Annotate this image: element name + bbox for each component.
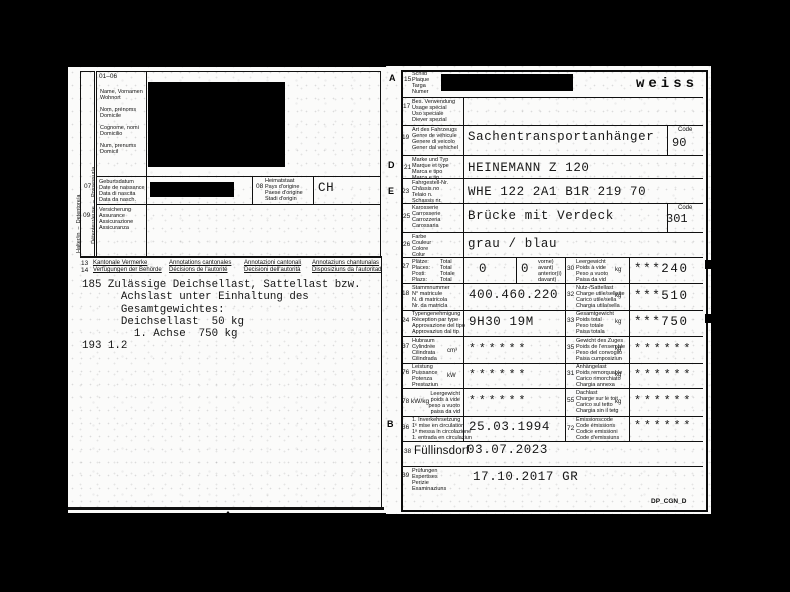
- total-weight-label: Gesamtgewicht Poids total Peso totale Pa…: [576, 311, 614, 335]
- row26-number: 26: [403, 241, 410, 248]
- row72-number: 72: [567, 425, 574, 432]
- cantonal-header-it-line1: Annotazioni cantonali: [244, 260, 301, 267]
- left-page-bottom-border: [68, 507, 384, 510]
- redacted-name-address-block: [148, 82, 285, 167]
- issue-date-value: 03.07.2023: [467, 443, 548, 457]
- cantonal-header-fr-line2: Décisions de l'autorité: [169, 267, 231, 274]
- left-page-registration-mark: [224, 511, 232, 516]
- seats-front-value: 0: [521, 262, 529, 276]
- plate-color-value: weiss: [636, 76, 698, 92]
- row32-number: 32: [567, 291, 574, 298]
- row55-number: 55: [567, 397, 574, 404]
- serial-number-label: Stammnummer N° matricule N. di matricola…: [412, 285, 450, 309]
- redacted-plate-number: [441, 74, 573, 91]
- name-label-de: Name, Vornamen Wohnort: [100, 89, 143, 101]
- origin-country-value: CH: [318, 181, 334, 195]
- row33-number: 33: [567, 317, 574, 324]
- section-letter-b: B: [387, 419, 394, 429]
- row31-number: 31: [567, 370, 574, 377]
- cantonal-header-rm-line2: Disposiziuns da l'autoritad: [312, 267, 382, 274]
- name-label-it: Cognome, nomi Domicilio: [100, 125, 139, 137]
- color-label: Farbe Couleur Colore Colur: [412, 234, 431, 258]
- origin-country-label: Heimatstaat Pays d'origine Paese d'origi…: [265, 178, 303, 202]
- body-code-label: Code: [678, 205, 692, 211]
- section-letter-a: A: [389, 73, 396, 83]
- cantonal-header-de-line2: Verfügungen der Behörde: [93, 267, 162, 274]
- color-value: grau / blau: [468, 237, 557, 251]
- row-line-10: [403, 336, 703, 337]
- seat-split-line: [516, 257, 517, 283]
- edge-mark-bottom: [705, 314, 711, 323]
- emissions-code-value: ******: [634, 420, 693, 433]
- form-code: DP_CGN_D: [651, 498, 686, 505]
- scanned-vehicle-registration-document: Halter/in – Detentore/a Détenteur/euse –…: [0, 0, 790, 592]
- train-weight-value: ******: [634, 343, 693, 356]
- row35-number: 35: [567, 344, 574, 351]
- cantonal-header-fr-line1: Annotations cantonales: [169, 260, 231, 267]
- line-ch-left: [313, 176, 314, 204]
- name-label-rm: Num, prenums Domicil: [100, 143, 136, 155]
- row25-number: 25: [403, 213, 410, 220]
- row-line-12: [403, 388, 703, 389]
- holder-strip-label: Halter/in – Detentore/a Détenteur/euse –…: [76, 73, 99, 253]
- cantonal-header-fr: Annotations cantonales Décisions de l'au…: [169, 260, 231, 274]
- line-07-bottom: [97, 204, 381, 205]
- vehicle-type-code-value: 90: [672, 136, 686, 150]
- payload-unit: kg: [615, 293, 621, 299]
- cantonal-header-it: Annotazioni cantonali Decisioni dell'aut…: [244, 260, 301, 274]
- cantonal-header-it-line2: Decisioni dell'autorità: [244, 267, 301, 274]
- seats-total-value: 0: [479, 262, 487, 276]
- row15-number: 15: [404, 76, 411, 83]
- emissions-code-label: Emissionscode Code émissions Codice emis…: [576, 417, 619, 441]
- serial-number-value: 400.460.220: [469, 288, 558, 302]
- issuing-place: Füllinsdorf: [414, 445, 469, 457]
- type-approval-value: 9H30 19M: [469, 315, 534, 329]
- field-range-label: 01–06: [99, 73, 117, 80]
- row23-number: 23: [402, 188, 409, 195]
- row-line-15: [403, 466, 703, 467]
- row24-number: 24: [402, 317, 409, 324]
- holder-strip-line1: Halter/in – Detentore/a: [76, 195, 82, 253]
- name-label-fr: Nom, prénoms Domicile: [100, 107, 136, 119]
- total-weight-value: ***750: [634, 315, 689, 329]
- vehicle-type-label: Art des Fahrzeugs Genre de véhicule Gene…: [412, 127, 458, 151]
- seats-front-label: vorne) avant) anterior(i) davant): [538, 259, 562, 283]
- seats-label: Plätze: Places: Posti: Plazs:: [412, 259, 430, 283]
- chassis-label: Fahrgestell-Nr. Châssis no Telaio n. Sch…: [412, 180, 448, 204]
- code-box-line-19: [667, 125, 668, 155]
- row-line-6: [403, 232, 703, 233]
- cantonal-header-rm-line1: Annotaziuns chantunalas: [312, 260, 382, 267]
- row19-number: 19: [402, 134, 409, 141]
- row76-number: 76: [402, 369, 409, 376]
- birthdate-label: Geburtsdatum Date de naissance Data di n…: [99, 179, 145, 203]
- power-label: Leistung Puissance Potenza Prestaziun: [412, 364, 438, 388]
- power-value: ******: [469, 369, 528, 382]
- vehicle-type-code-label: Code: [678, 127, 692, 133]
- holder-strip-line2: Détenteur/euse – Possessur/a: [91, 167, 97, 244]
- towing-weight-value: ******: [634, 369, 693, 382]
- line-08-left: [252, 176, 253, 204]
- line-section-divider: [80, 256, 382, 258]
- empty-weight-value: ***240: [634, 262, 689, 276]
- left-page-right-border: [381, 256, 382, 508]
- cantonal-header-de: Kantonale Vermerke Verfügungen der Behör…: [93, 260, 162, 274]
- mid-column-right-line: [629, 257, 630, 441]
- cantonal-header-de-line1: Kantonale Vermerke: [93, 260, 162, 267]
- cantonal-field-numbers: 13 14: [81, 260, 88, 274]
- vehicle-type-value: Sachentransportanhänger: [468, 130, 654, 144]
- field-09-number: 09: [83, 212, 90, 219]
- make-type-value: HEINEMANN Z 120: [468, 161, 590, 175]
- row18-number: 18: [402, 290, 409, 297]
- roof-load-value: ******: [634, 395, 693, 408]
- power-weight-label: Leergewicht poids à vide peso a vuoto pa…: [424, 391, 460, 415]
- power-weight-value: ******: [469, 395, 528, 408]
- empty-weight-label: Leergewicht Poids à vide Peso a vuoto Pa…: [576, 259, 608, 283]
- train-weight-unit: kg: [615, 346, 621, 352]
- row37-number: 37: [402, 343, 409, 350]
- plate-label: Schild Plaque Targa Numer: [412, 71, 429, 95]
- cantonal-header-rm: Annotaziuns chantunalas Disposiziuns da …: [312, 260, 382, 274]
- insurance-label: Versicherung Assurance Assicurazione Ass…: [99, 207, 133, 231]
- row39-number: 39: [402, 472, 409, 479]
- roof-load-unit: kg: [615, 399, 621, 405]
- row38-number: 38: [404, 448, 411, 455]
- inspection-date-value: 17.10.2017 GR: [473, 470, 578, 484]
- displacement-value: ******: [469, 343, 528, 356]
- body-code-value: 301: [666, 212, 688, 226]
- payload-value: ***510: [634, 289, 689, 303]
- row-line-11: [403, 363, 703, 364]
- special-use-label: Bes. Verwendung Usage spécial Uso specia…: [412, 99, 455, 123]
- line-07-top: [97, 176, 381, 177]
- row21-number: 21: [404, 164, 411, 171]
- field-07-number: 07: [84, 183, 91, 190]
- right-page-registration-mark: [550, 514, 558, 519]
- value-column-line: [463, 97, 464, 441]
- total-weight-unit: kg: [615, 319, 621, 325]
- towing-weight-unit: kg: [615, 372, 621, 378]
- row17-number: 17: [403, 103, 410, 110]
- displacement-unit: cm³: [447, 348, 457, 354]
- first-registration-value: 25.03.1994: [469, 420, 550, 434]
- chassis-value: WHE 122 2A1 B1R 219 70: [468, 185, 646, 199]
- row-line-14: [403, 441, 703, 442]
- row30-number: 30: [567, 265, 574, 272]
- edge-mark-top: [705, 260, 711, 269]
- power-unit: kW: [447, 373, 456, 379]
- holder-strip: Halter/in – Detentore/a Détenteur/euse –…: [80, 73, 94, 253]
- cantonal-annotations-text: 185 Zulässige Deichsellast, Sattellast b…: [82, 279, 361, 353]
- section-letter-d: D: [388, 160, 395, 170]
- roof-load-label: Dachlast Charge sur le toit Carico sul t…: [576, 390, 619, 414]
- row27-number: 27: [402, 263, 409, 270]
- body-value: Brücke mit Verdeck: [468, 209, 614, 223]
- inspections-label: Prüfungen Expertises Perizie Examinaziun…: [412, 468, 446, 492]
- field-08-number: 08: [256, 183, 263, 190]
- row36-number: 36: [402, 424, 409, 431]
- section-letter-e: E: [388, 186, 394, 196]
- redacted-birthdate: [150, 182, 234, 197]
- empty-weight-unit: kg: [615, 267, 621, 273]
- first-registration-label: 1. Inverkehrsetzung 1ᵉ mise en circulati…: [412, 417, 472, 441]
- body-label: Karosserie Carrosserie Carrozzeria Caros…: [412, 205, 440, 229]
- make-type-label: Marke und Typ Marque et type Marca e tip…: [412, 157, 449, 181]
- type-approval-label: Typengenehmigung Réception par type Appr…: [412, 311, 465, 335]
- displacement-label: Hubraum Cylindrée Cilindrata Cilindrada: [412, 338, 437, 362]
- seats-total-label: Total Total Totale Total: [440, 259, 455, 283]
